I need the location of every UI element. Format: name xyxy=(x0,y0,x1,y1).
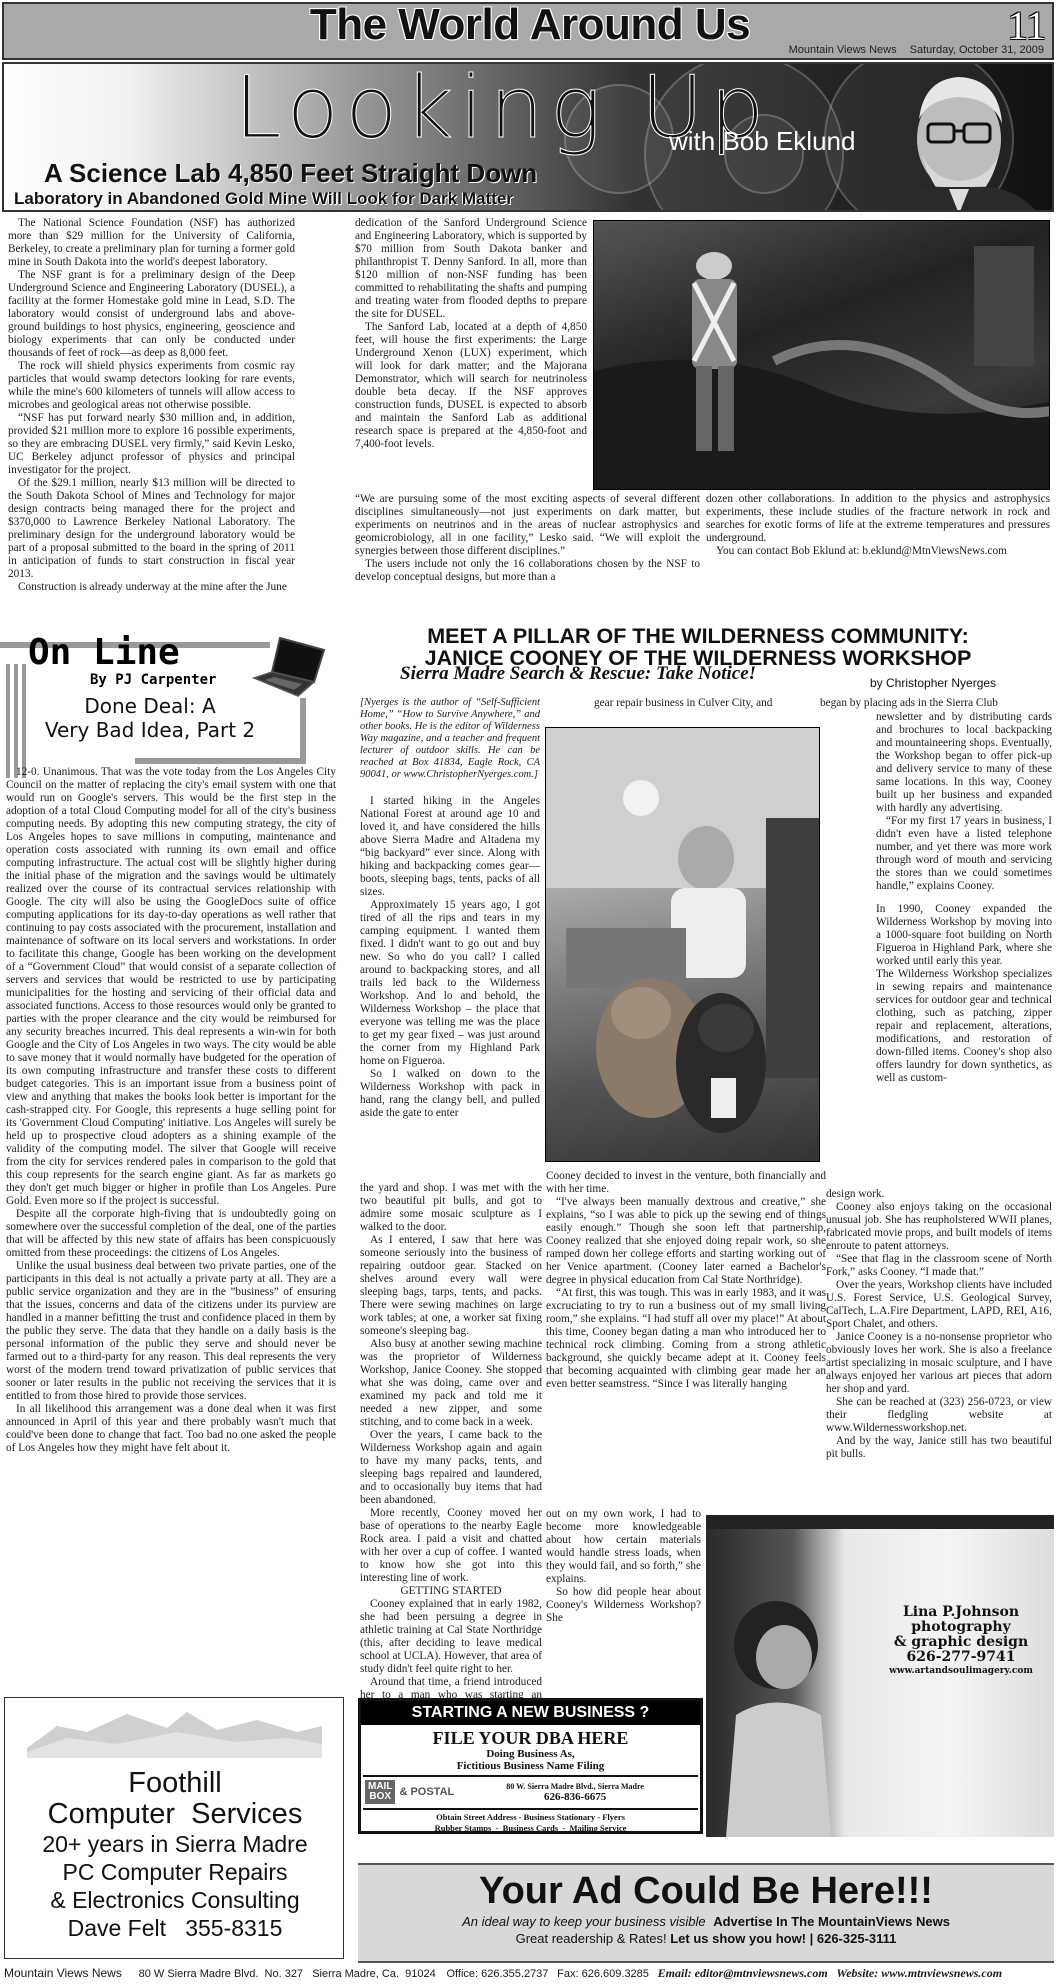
article-title: Done Deal: A Very Bad Idea, Part 2 xyxy=(0,694,300,742)
footer-office-phone: Office: 626.355.2737 xyxy=(446,1968,548,1980)
decorative-bar xyxy=(300,698,306,764)
service-line: & graphic design xyxy=(876,1635,1046,1650)
masthead-info: Mountain Views News Saturday, October 31… xyxy=(779,44,1044,56)
phone: 626-277-9741 xyxy=(876,1650,1046,1665)
lab-article-col2: dedication of the Sanford Underground Sc… xyxy=(355,217,587,451)
services-line: Rubber Stamps - Business Cards - Mailing… xyxy=(363,1823,698,1834)
service: PC Computer Repairs xyxy=(5,1858,345,1886)
cooney-col1-cont: the yard and shop. I was met with the tw… xyxy=(360,1182,542,1715)
paragraph: The users include not only the 16 collab… xyxy=(355,558,700,584)
paragraph: “NSF has put forward nearly $30 million … xyxy=(8,412,295,477)
business-name: Foothill xyxy=(5,1768,345,1799)
cooney-col1: I started hiking in the Angeles National… xyxy=(360,795,540,1120)
janice-cooney-photo xyxy=(545,727,820,1162)
paragraph: 12-0. Unanimous. That was the vote today… xyxy=(6,766,336,1208)
cooney-col3-top: began by placing ads in the Sierra Club xyxy=(820,697,1052,710)
paragraph: Unlike the usual business deal between t… xyxy=(6,1260,336,1403)
mailbox-row: MAIL BOX & POSTAL 80 W. Sierra Madre Blv… xyxy=(363,1775,698,1807)
cooney-subtitle: Sierra Madre Search & Rescue: Take Notic… xyxy=(400,663,756,685)
lab-article-col2-wide: “We are pursuing some of the most exciti… xyxy=(355,493,700,584)
paragraph: Cooney explained that in early 1982, she… xyxy=(360,1598,542,1676)
section-heading: GETTING STARTED xyxy=(360,1585,542,1598)
services-list: Obtain Street Address - Business Station… xyxy=(363,1808,698,1834)
paragraph: out on my own work, I had to become more… xyxy=(546,1508,701,1586)
ad-headline: Your Ad Could Be Here!!! xyxy=(358,1869,1054,1913)
paragraph: And by the way, Janice still has two bea… xyxy=(826,1435,1052,1461)
author-note: [Nyerges is the author of “Self-Sufficie… xyxy=(360,697,540,781)
online-article-body: 12-0. Unanimous. That was the vote today… xyxy=(6,766,336,1455)
lab-article-col1: The National Science Foundation (NSF) ha… xyxy=(8,217,295,594)
ad-headline: FILE YOUR DBA HERE xyxy=(361,1728,700,1748)
mountains-icon xyxy=(27,1708,322,1758)
title-line-2: Very Bad Idea, Part 2 xyxy=(0,718,300,742)
cooney-with-dogs-photo-icon xyxy=(546,728,820,1162)
paragraph: I started hiking in the Angeles National… xyxy=(360,795,540,899)
paragraph: Despite all the corporate high-fiving th… xyxy=(6,1208,336,1260)
paragraph: dedication of the Sanford Underground Sc… xyxy=(355,217,587,321)
paragraph: The National Science Foundation (NSF) ha… xyxy=(8,217,295,269)
issue-date: Saturday, October 31, 2009 xyxy=(910,44,1044,56)
paragraph: In all likelihood this arrangement was a… xyxy=(6,1403,336,1455)
mine-worker-photo-icon xyxy=(594,221,1050,490)
paragraph: newsletter and by distributing cards and… xyxy=(876,711,1052,815)
ad-subline: Doing Business As, xyxy=(361,1748,700,1760)
ad-tagline: An ideal way to keep your business visib… xyxy=(462,1914,706,1929)
paragraph: “For my first 17 years in business, I di… xyxy=(876,815,1052,893)
business-name: Computer Services xyxy=(5,1799,345,1830)
cooney-col3-wide: design work. Cooney also enjoys taking o… xyxy=(826,1188,1052,1461)
contact-email: You can contact Bob Eklund at: b.eklund@… xyxy=(706,545,1050,558)
paragraph: The NSF grant is for a preliminary desig… xyxy=(8,269,295,360)
address: 80 W. Sierra Madre Blvd., Sierra Madre xyxy=(454,1782,696,1791)
mailbox-logo: MAIL BOX xyxy=(365,1780,395,1804)
ad-callout: Advertise In The MountainViews News xyxy=(713,1914,950,1929)
title-line-1: MEET A PILLAR OF THE WILDERNESS COMMUNIT… xyxy=(340,625,1056,647)
footer-fax: Fax: 626.609.3285 xyxy=(557,1968,649,1980)
footer-publication: Mountain Views News xyxy=(4,1966,122,1980)
paragraph: Also busy at another sewing machine was … xyxy=(360,1338,542,1429)
page-footer: Mountain Views News 80 W Sierra Madre Bl… xyxy=(0,1966,1056,1984)
masthead: The World Around Us 11 Mountain Views Ne… xyxy=(2,2,1054,60)
photographer-name: Lina P.Johnson xyxy=(876,1605,1046,1620)
ad-header: STARTING A NEW BUSINESS ? xyxy=(361,1701,700,1725)
contact-info: She can be reached at (323) 256-0723, or… xyxy=(826,1396,1052,1435)
byline: By PJ Carpenter xyxy=(90,672,216,688)
paragraph: Over the years, Workshop clients have in… xyxy=(826,1279,1052,1331)
services-line: Obtain Street Address - Business Station… xyxy=(363,1812,698,1823)
paragraph: The Sanford Lab, located at a depth of 4… xyxy=(355,321,587,451)
service-line: photography xyxy=(876,1620,1046,1635)
publication-name: Mountain Views News xyxy=(789,44,897,56)
your-ad-could-be-here: Your Ad Could Be Here!!! An ideal way to… xyxy=(358,1863,1054,1963)
paragraph: So I walked on down to the Wilderness Wo… xyxy=(360,1068,540,1120)
mine-worker-photo xyxy=(593,220,1050,490)
service: & Electronics Consulting xyxy=(5,1886,345,1914)
foothill-ad-text: Foothill Computer Services 20+ years in … xyxy=(5,1768,345,1942)
ad-tagline: Great readership & Rates! xyxy=(516,1931,667,1946)
author-tag: with Bob Eklund xyxy=(669,126,855,157)
looking-up-banner: Looking Up with Bob Eklund A Science Lab… xyxy=(2,62,1054,212)
ad-line-3: Great readership & Rates! Let us show yo… xyxy=(358,1930,1054,1947)
paragraph: Over the years, I came back to the Wilde… xyxy=(360,1429,542,1507)
paragraph: dozen other collaborations. In addition … xyxy=(706,493,1050,545)
paragraph: The rock will shield physics experiments… xyxy=(8,360,295,412)
cooney-col2-narrow: out on my own work, I had to become more… xyxy=(546,1508,701,1625)
subheadline: Laboratory in Abandoned Gold Mine Will L… xyxy=(14,189,513,209)
paragraph: “At first, this was tough. This was in e… xyxy=(546,1287,826,1391)
paragraph: “We are pursuing some of the most exciti… xyxy=(355,493,700,558)
ad-body: FILE YOUR DBA HERE Doing Business As, Fi… xyxy=(361,1728,700,1772)
footer-email-link[interactable]: Email: editor@mtnviewsnews.com xyxy=(658,1966,828,1980)
portrait-photo-icon xyxy=(864,69,1049,212)
cooney-col2-top: gear repair business in Culver City, and xyxy=(594,697,814,710)
paragraph: The Wilderness Workshop specializes in s… xyxy=(876,968,1052,1085)
online-column-header: On Line By PJ Carpenter Done Deal: A Ver… xyxy=(0,628,340,758)
column-name: On Line xyxy=(28,632,180,673)
paragraph: the yard and shop. I was met with the tw… xyxy=(360,1182,542,1234)
paragraph: Cooney also enjoys taking on the occasio… xyxy=(826,1201,1052,1253)
paragraph: As I entered, I saw that here was someon… xyxy=(360,1234,542,1338)
paragraph: So how did people hear about Cooney's Wi… xyxy=(546,1586,701,1625)
phone: 626-836-6675 xyxy=(454,1791,696,1803)
paragraph: design work. xyxy=(826,1188,1052,1201)
paragraph: “I've always been manually dextrous and … xyxy=(546,1196,826,1287)
title-line-1: Done Deal: A xyxy=(0,694,300,718)
contact: Dave Felt 355-8315 xyxy=(5,1914,345,1942)
paragraph: Cooney decided to invest in the venture,… xyxy=(546,1170,826,1196)
foothill-computer-ad: Foothill Computer Services 20+ years in … xyxy=(4,1697,344,1959)
website-link[interactable]: www.artandsoulimagery.com xyxy=(876,1665,1046,1677)
logo-text: BOX xyxy=(368,1792,392,1802)
paragraph: Janice Cooney is a no-nonsense proprieto… xyxy=(826,1331,1052,1396)
paragraph: “See that flag in the classroom scene of… xyxy=(826,1253,1052,1279)
cooney-col2: Cooney decided to invest in the venture,… xyxy=(546,1170,826,1391)
ad-subline: Fictitious Business Name Filing xyxy=(361,1760,700,1772)
address-block: 80 W. Sierra Madre Blvd., Sierra Madre 6… xyxy=(454,1782,696,1803)
dba-filing-ad: STARTING A NEW BUSINESS ? FILE YOUR DBA … xyxy=(358,1698,703,1834)
paragraph: Construction is already underway at the … xyxy=(8,581,295,594)
cooney-byline: by Christopher Nyerges xyxy=(870,676,996,690)
lab-article-col3: dozen other collaborations. In addition … xyxy=(706,493,1050,558)
section-title: The World Around Us xyxy=(4,0,1056,50)
cooney-col3: newsletter and by distributing cards and… xyxy=(876,711,1052,1085)
paragraph: Of the $29.1 million, nearly $13 million… xyxy=(8,477,295,581)
ad-phone: Let us show you how! | 626-325-3111 xyxy=(670,1931,896,1946)
tagline: 20+ years in Sierra Madre xyxy=(5,1830,345,1858)
footer-website-link[interactable]: Website: www.mtnviewsnews.com xyxy=(836,1966,1002,1980)
child-photo-icon xyxy=(716,1585,846,1837)
paragraph: More recently, Cooney moved her base of … xyxy=(360,1507,542,1585)
photography-ad: Lina P.Johnson photography & graphic des… xyxy=(706,1515,1054,1837)
decorative-bar xyxy=(135,758,305,764)
paragraph: In 1990, Cooney expanded the Wilderness … xyxy=(876,903,1052,968)
ad-line-2: An ideal way to keep your business visib… xyxy=(358,1913,1054,1930)
logo-postal: & POSTAL xyxy=(399,1786,454,1798)
paragraph: Approximately 15 years ago, I got tired … xyxy=(360,899,540,1068)
photographer-info: Lina P.Johnson photography & graphic des… xyxy=(876,1605,1046,1677)
footer-address: 80 W Sierra Madre Blvd. No. 327 Sierra M… xyxy=(139,1968,436,1980)
headline: A Science Lab 4,850 Feet Straight Down xyxy=(44,158,537,189)
page-number: 11 xyxy=(1007,2,1046,49)
